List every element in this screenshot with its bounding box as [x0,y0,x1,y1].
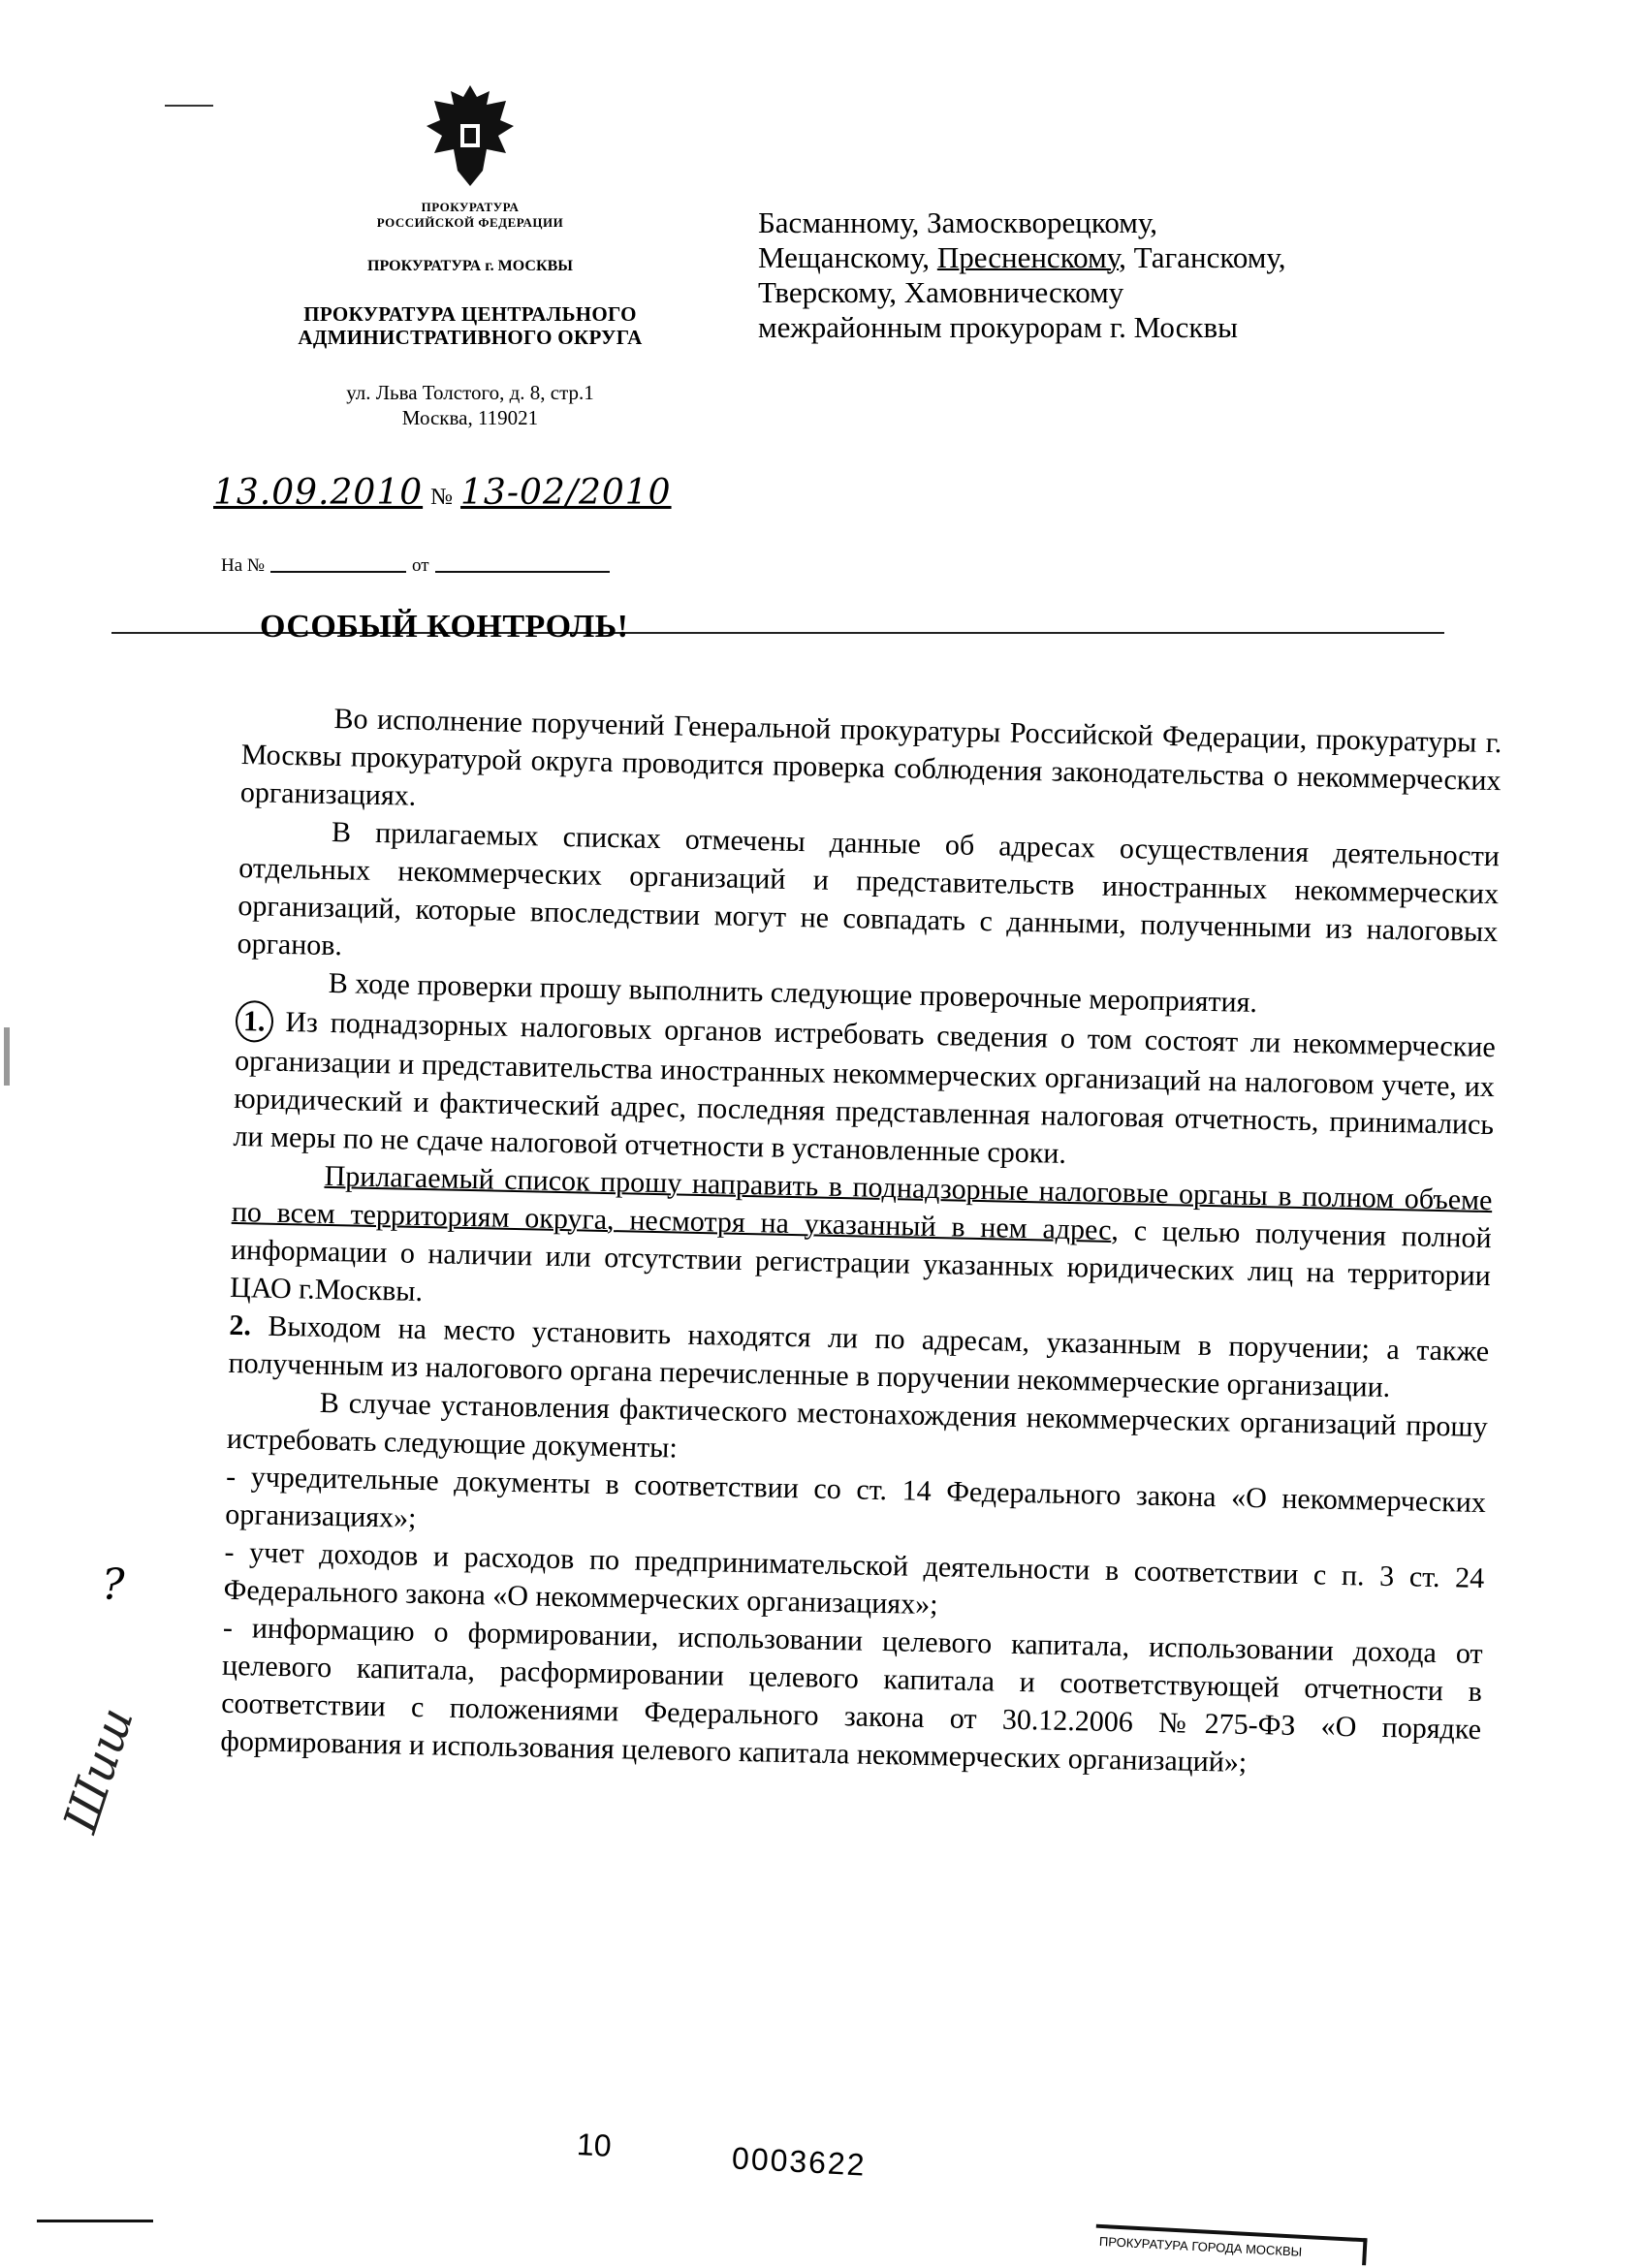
bottom-rule [37,2220,153,2222]
bullet-endowment-info: - информацию о формировании, использован… [220,1609,1483,1786]
address-line-2: Москва, 119021 [267,405,674,430]
addressee-line-4: межрайонным прокурорам г. Москвы [758,310,1286,345]
addressee-line-2: Мещанскому, Пресненскому, Таганскому, [758,240,1286,275]
registration-date: 13.09.2010 [213,473,423,513]
addressee-line-2-b: , Таганскому, [1119,240,1285,274]
ref-number-blank [270,570,406,573]
registration-line: 13.09.2010 № 13-02/2010 [213,473,672,513]
addressee-line-2-a: Мещанскому, [758,240,930,274]
serial-number-stamp: 0003622 [731,2140,867,2183]
item-1: 1. Из поднадзорных налоговых органов ист… [233,1000,1496,1181]
scan-speck [165,105,213,107]
org-address: ул. Льва Толстого, д. 8, стр.1 Москва, 1… [267,380,674,430]
org-city: ПРОКУРАТУРА г. МОСКВЫ [291,258,649,275]
special-control-heading: ОСОБЫЙ КОНТРОЛЬ! [260,609,629,646]
paragraph-lists: В прилагаемых списках отмечены данные об… [237,811,1500,989]
reference-line: На № от [221,555,610,577]
ref-from-label: от [412,555,429,577]
letter-body: Во исполнение поручений Генеральной прок… [220,698,1502,1786]
page-number-stamp: 10 [576,2126,612,2164]
double-headed-eagle-emblem-icon [417,78,523,194]
margin-question-mark: ? [102,1560,125,1610]
ref-number-label: На № [221,555,265,577]
scanned-letter-page: ПРОКУРАТУРА РОССИЙСКОЙ ФЕДЕРАЦИИ ПРОКУРА… [0,0,1644,2268]
addressee-underlined: Пресненскому [937,240,1119,274]
org-main: ПРОКУРАТУРА ЦЕНТРАЛЬНОГО АДМИНИСТРАТИВНО… [247,302,693,349]
number-label: № [430,485,453,511]
item-1-text: Из поднадзорных налоговых органов истреб… [233,1006,1496,1170]
org-main-line-2: АДМИНИСТРАТИВНОГО ОКРУГА [247,326,693,349]
item-1-number: 1. [236,1000,273,1043]
org-federal: ПРОКУРАТУРА РОССИЙСКОЙ ФЕДЕРАЦИИ [320,200,620,231]
org-line-1: ПРОКУРАТУРА [320,200,620,215]
addressee-line-1: Басманному, Замоскворецкому, [758,205,1286,240]
office-stamp-label: ПРОКУРАТУРА ГОРОДА МОСКВЫ [1099,2234,1303,2259]
registration-number: 13-02/2010 [460,473,672,513]
addressee-block: Басманному, Замоскворецкому, Мещанскому,… [758,205,1286,345]
org-line-2: РОССИЙСКОЙ ФЕДЕРАЦИИ [320,215,620,231]
address-line-1: ул. Льва Толстого, д. 8, стр.1 [267,380,674,405]
item-2-number: 2. [229,1309,251,1341]
ref-date-blank [435,570,610,573]
office-stamp: ПРОКУРАТУРА ГОРОДА МОСКВЫ [1094,2224,1367,2266]
org-main-line-1: ПРОКУРАТУРА ЦЕНТРАЛЬНОГО [247,302,693,326]
addressee-line-3: Тверскому, Хамовническому [758,275,1286,310]
margin-signature: Шиш [53,1701,144,1839]
scan-speck [4,1027,10,1086]
paragraph-attached-list: Прилагаемый список прошу направить в под… [230,1155,1493,1333]
